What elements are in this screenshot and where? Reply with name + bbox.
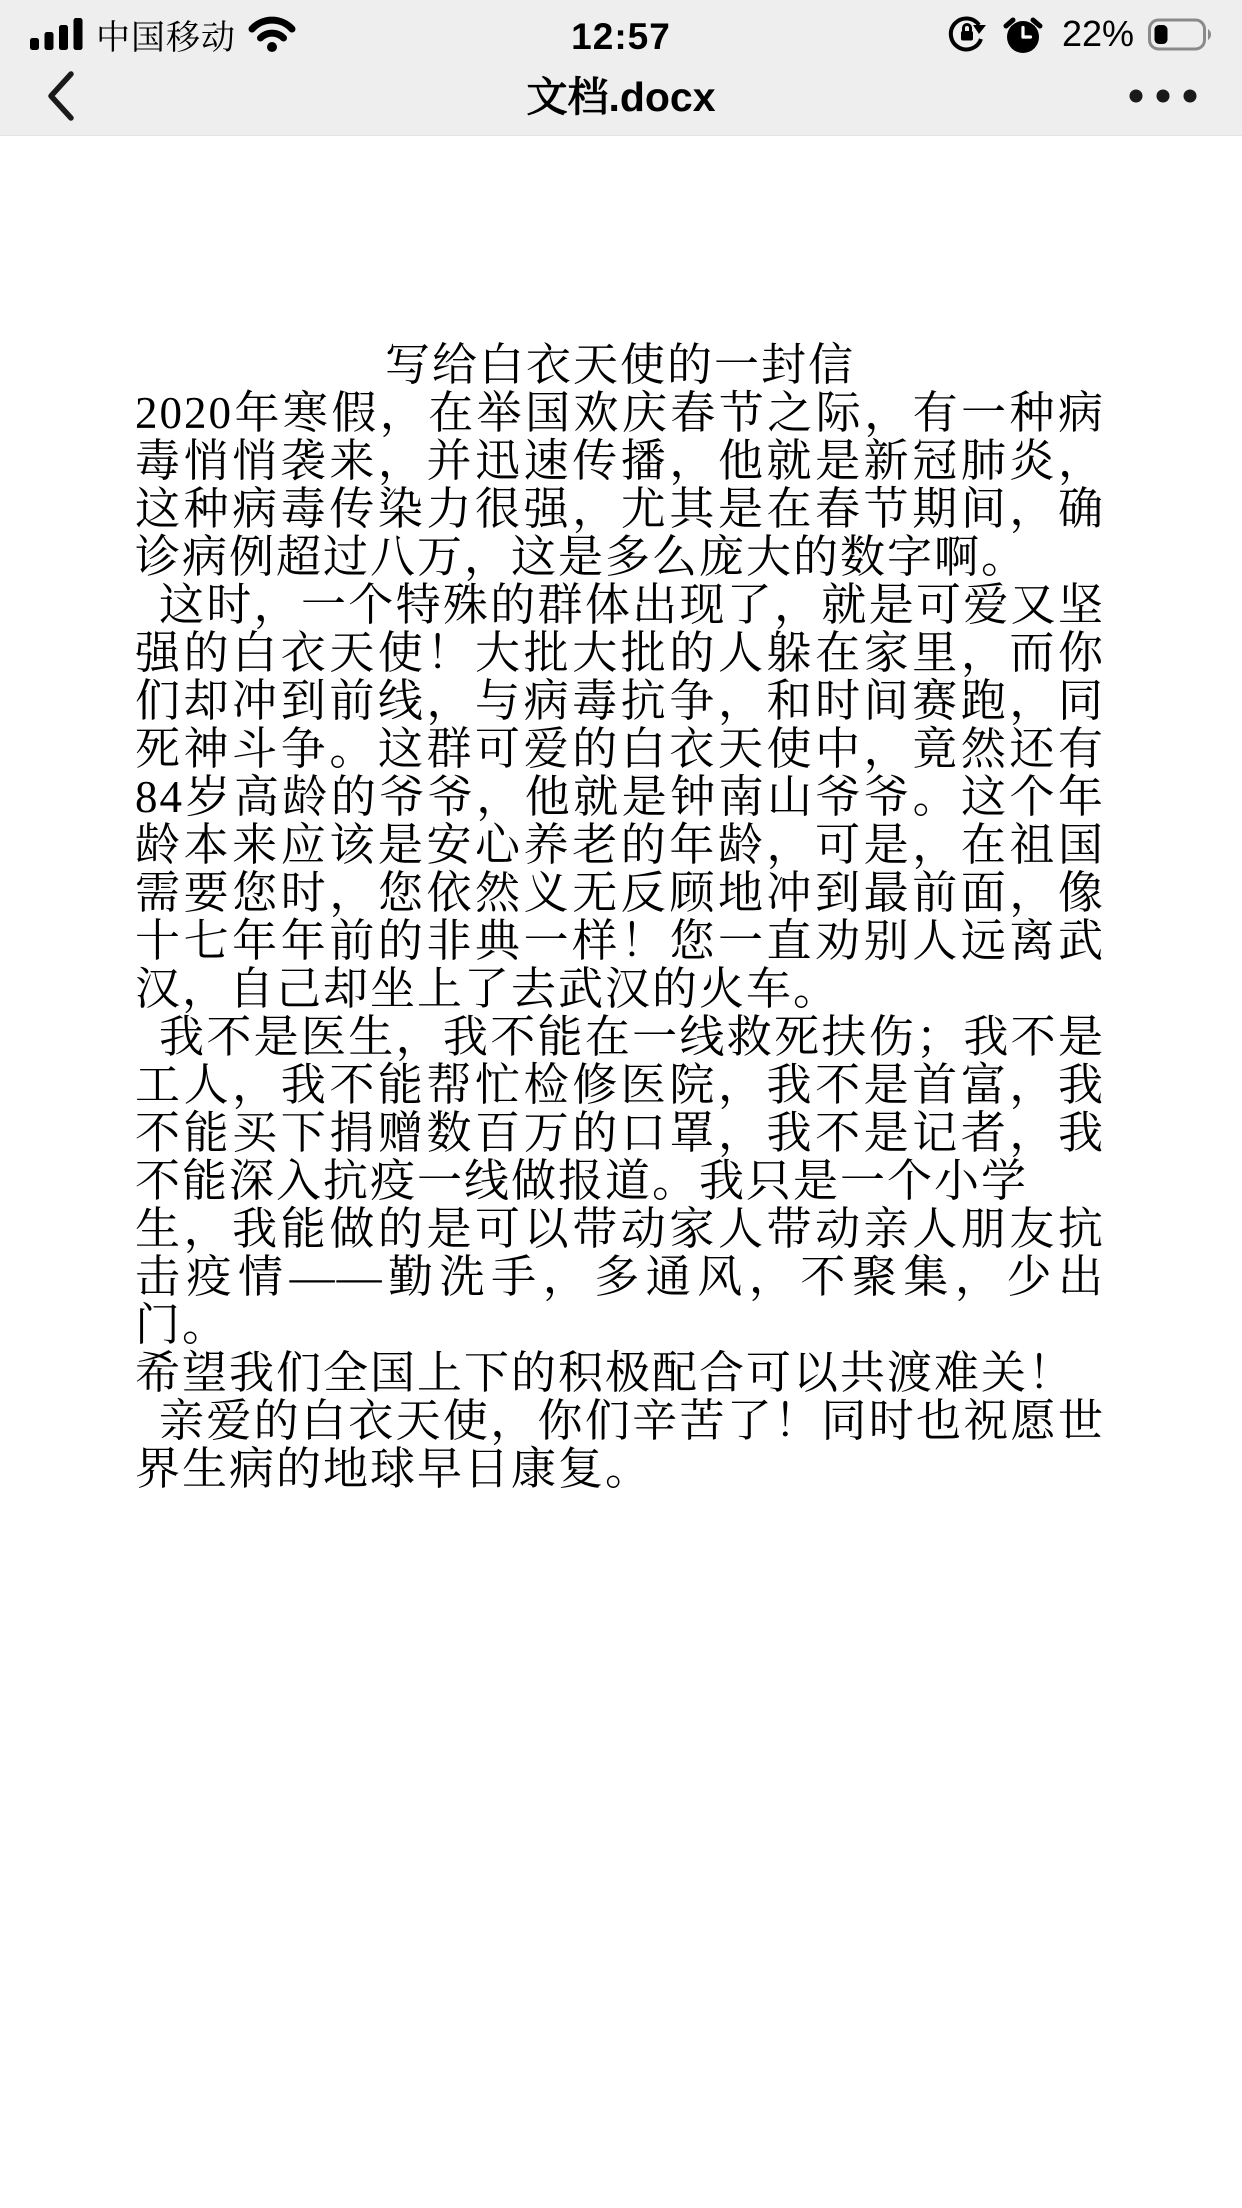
file-title: 文档.docx [0, 64, 1242, 127]
doc-line: 龄本来应该是安心养老的年龄，可是，在祖国 [135, 821, 1105, 869]
phone-screen: 中国移动 12:57 [0, 0, 1242, 2208]
doc-line: 死神斗争。这群可爱的白衣天使中，竟然还有 [135, 725, 1105, 773]
doc-line: 十七年年前的非典一样！您一直劝别人远离武 [135, 917, 1105, 965]
doc-line: 84岁高龄的爷爷，他就是钟南山爷爷。这个年 [135, 773, 1105, 821]
doc-line: 汉，自己却坐上了去武汉的火车。 [135, 965, 1105, 1013]
back-chevron-icon [44, 69, 76, 123]
document-title: 写给白衣天使的一封信 [135, 341, 1105, 389]
doc-line: 毒悄悄袭来，并迅速传播，他就是新冠肺炎， [135, 437, 1105, 485]
doc-line: 这时，一个特殊的群体出现了，就是可爱又坚 [135, 581, 1105, 629]
doc-line: 击疫情——勤洗手，多通风，不聚集，少出 [135, 1253, 1105, 1301]
doc-line: 诊病例超过八万，这是多么庞大的数字啊。 [135, 533, 1105, 581]
doc-line: 强的白衣天使！大批大批的人躲在家里，而你 [135, 629, 1105, 677]
doc-line: 希望我们全国上下的积极配合可以共渡难关！ [135, 1349, 1105, 1397]
doc-line: 2020年寒假，在举国欢庆春节之际，有一种病 [135, 389, 1105, 437]
status-bar: 中国移动 12:57 [0, 0, 1242, 62]
clock-time: 12:57 [0, 10, 1242, 58]
doc-line: 门。 [135, 1301, 1105, 1349]
doc-line: 生，我能做的是可以带动家人带动亲人朋友抗 [135, 1205, 1105, 1253]
doc-line: 工人，我不能帮忙检修医院，我不是首富，我 [135, 1061, 1105, 1109]
back-button[interactable] [44, 69, 76, 123]
doc-line: 不能买下捐赠数百万的口罩，我不是记者，我 [135, 1109, 1105, 1157]
top-chrome: 中国移动 12:57 [0, 0, 1242, 136]
doc-line: 界生病的地球早日康复。 [135, 1445, 1105, 1493]
more-button[interactable] [1128, 88, 1198, 104]
doc-line: 亲爱的白衣天使，你们辛苦了！同时也祝愿世 [135, 1397, 1105, 1445]
ellipsis-icon [1128, 88, 1198, 104]
document-page[interactable]: 写给白衣天使的一封信 2020年寒假，在举国欢庆春节之际，有一种病毒悄悄袭来，并… [0, 136, 1242, 1493]
nav-bar: 文档.docx [0, 62, 1242, 135]
doc-line: 我不是医生，我不能在一线救死扶伤；我不是 [135, 1013, 1105, 1061]
doc-line: 需要您时，您依然义无反顾地冲到最前面，像 [135, 869, 1105, 917]
doc-line: 们却冲到前线，与病毒抗争，和时间赛跑，同 [135, 677, 1105, 725]
doc-line: 这种病毒传染力很强，尤其是在春节期间，确 [135, 485, 1105, 533]
doc-line: 不能深入抗疫一线做报道。我只是一个小学 [135, 1157, 1105, 1205]
document-body: 2020年寒假，在举国欢庆春节之际，有一种病毒悄悄袭来，并迅速传播，他就是新冠肺… [135, 389, 1105, 1493]
